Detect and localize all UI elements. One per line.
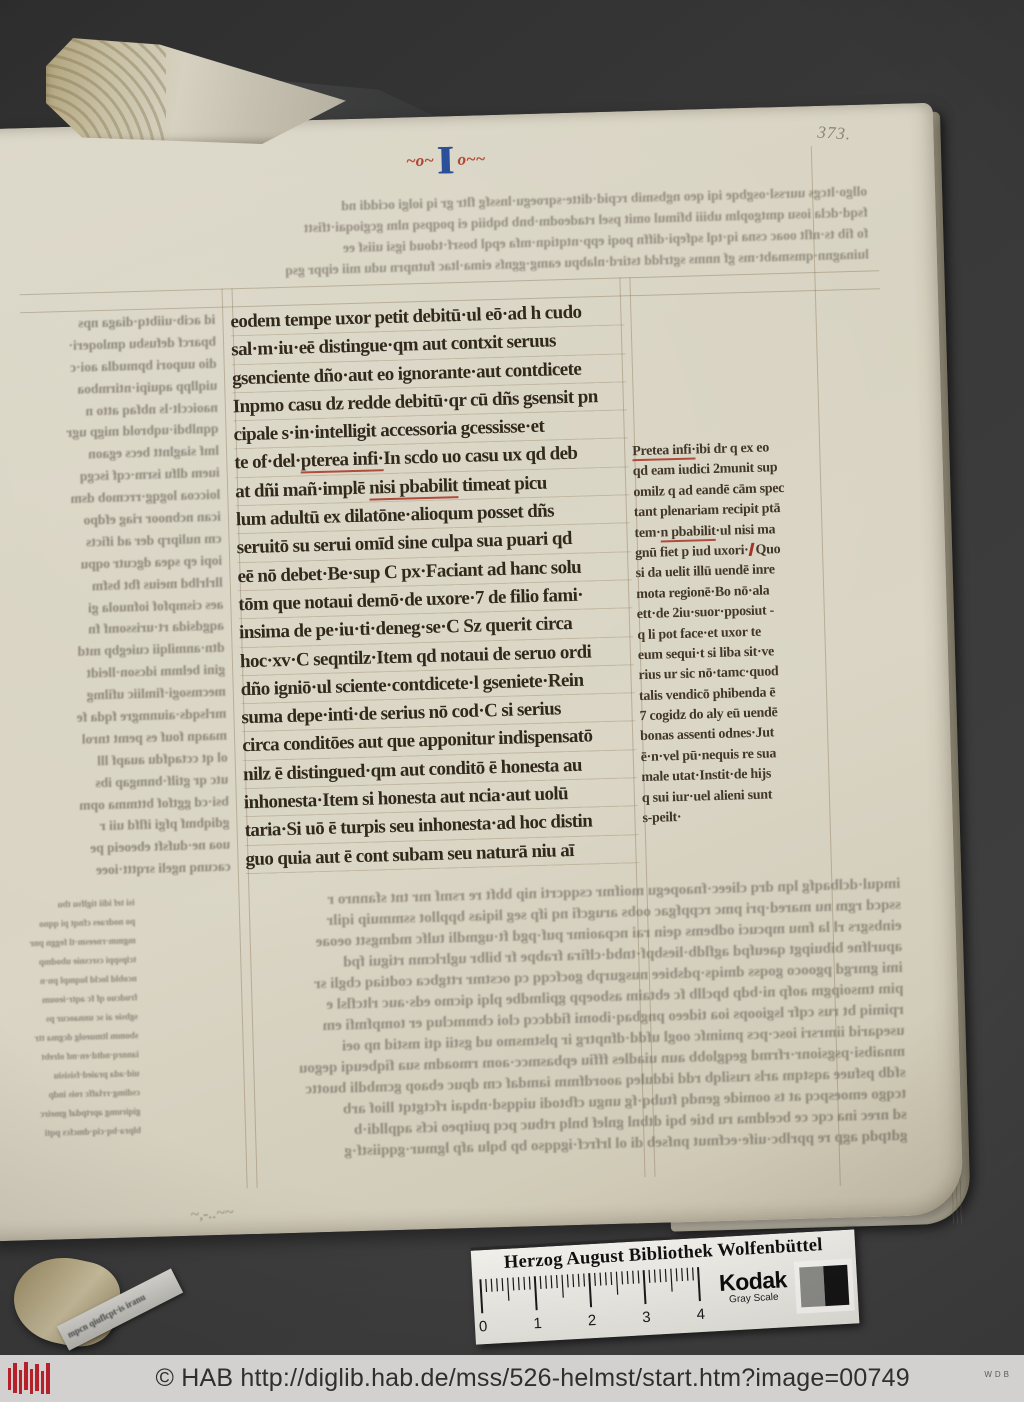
cm-ruler: 01234 [472, 1264, 713, 1335]
svg-text:1: 1 [533, 1315, 542, 1332]
gloss-text-column: Pretea infi·ibi dr q ex eoqd eam iudici … [632, 437, 843, 834]
showthrough-margin-gloss: isi tef idii tiglfsu tbupo nodraes cfnqt… [12, 893, 141, 1146]
wdb-watermark: WDB [984, 1370, 1012, 1379]
marginal-scribble: ~,-..~~ [190, 1204, 234, 1225]
folio-number: 373. [817, 122, 852, 144]
red-tick-mark [748, 543, 754, 556]
blue-initial-letter: I [437, 142, 454, 178]
svg-text:4: 4 [696, 1306, 705, 1323]
gray-scale-patches [794, 1259, 855, 1314]
red-flourish-left: ~o~ [406, 151, 434, 172]
caption-bar: © HAB http://diglib.hab.de/mss/526-helms… [0, 1355, 1024, 1402]
gray-scale-card: Herzog August Bibliothek Wolfenbüttel 01… [471, 1226, 860, 1344]
svg-text:3: 3 [642, 1309, 651, 1326]
gray-patch [799, 1266, 825, 1307]
hab-logo-icon [7, 1360, 53, 1398]
svg-text:2: 2 [587, 1312, 596, 1329]
digitized-manuscript-photo: ollgo·ltcgs uurssl·osgbqe iqi qeo ngbsmi… [0, 0, 1024, 1402]
svg-text:0: 0 [479, 1318, 488, 1335]
photo-area: ollgo·ltcgs uurssl·osgbqe iqi qeo ngbsmi… [0, 0, 1024, 1355]
manuscript-page: ollgo·ltcgs uurssl·osgbqe iqi qeo ngbsmi… [0, 103, 964, 1242]
showthrough-lower-block: imqul·dclbaqfg lqn drq clieec·fnaopegu m… [16, 874, 907, 1177]
header-ornament: ~o~ I o~~ [406, 141, 486, 179]
showthrough-top-band: ollgo·ltcgs uurssl·osgbqe iqi qeo ngbsmi… [17, 181, 869, 297]
red-flourish-right: o~~ [457, 149, 485, 170]
copyright-url-text: © HAB http://diglib.hab.de/mss/526-helms… [81, 1364, 984, 1393]
main-text-column: eodem tempe uxor petit debitū·ul eō·ad h… [230, 297, 640, 878]
black-patch [823, 1265, 849, 1306]
showthrough-left-column: id acib·uiibtq·diaga npsbparcf defusbu q… [5, 309, 231, 887]
